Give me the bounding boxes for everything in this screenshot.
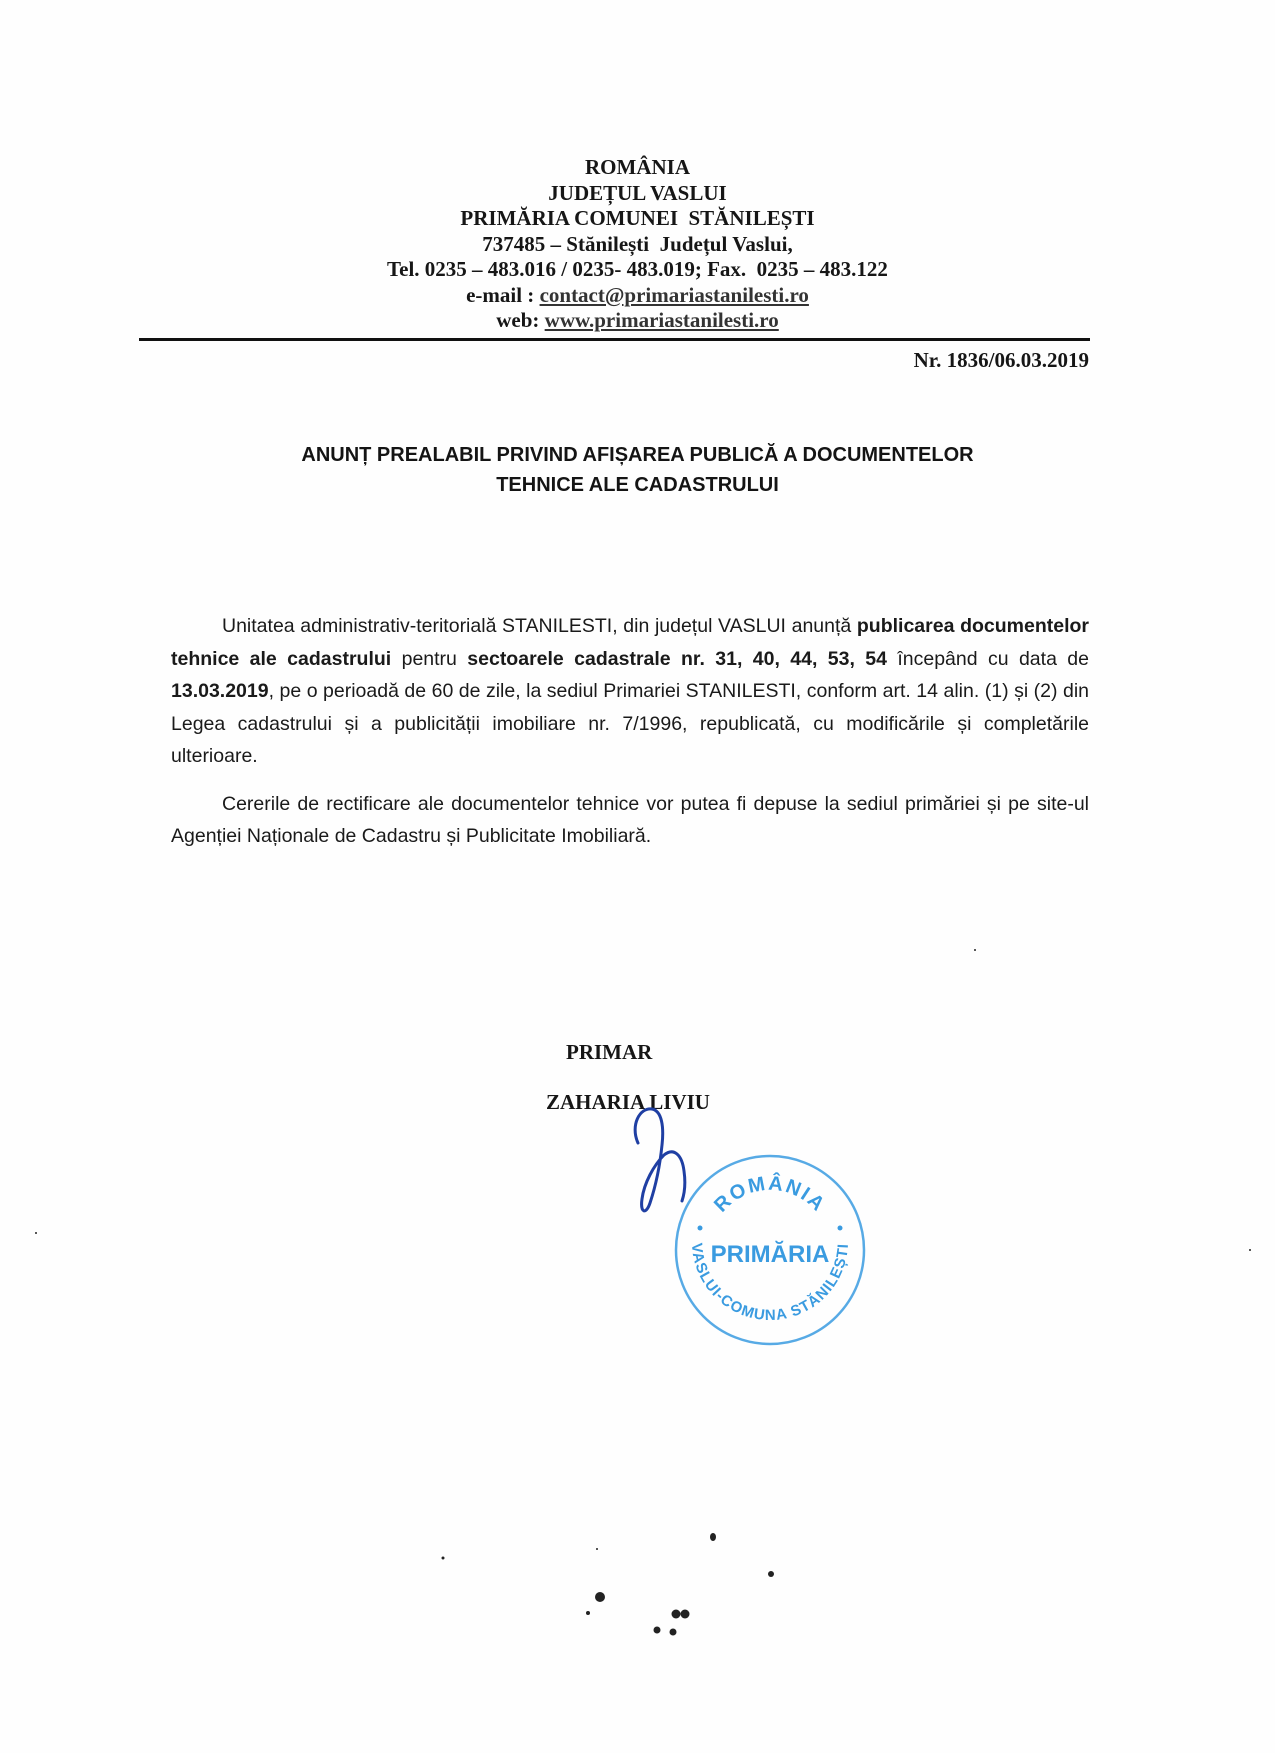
signatory-role: PRIMAR (566, 1040, 652, 1065)
letterhead-phones: Tel. 0235 – 483.016 / 0235- 483.019; Fax… (0, 257, 1275, 283)
letterhead-institution: PRIMĂRIA COMUNEI STĂNILEȘTI (0, 206, 1275, 232)
svg-text:ROMÂNIA: ROMÂNIA (710, 1171, 830, 1217)
letterhead-email-line: e-mail : contact@primariastanilesti.ro (0, 283, 1275, 309)
p1-text-3: începând cu data de (887, 648, 1089, 670)
p1-text-4: , pe o perioadă de 60 de zile, la sediul… (171, 680, 1089, 767)
svg-text:PRIMĂRIA: PRIMĂRIA (711, 1240, 830, 1268)
document-number: Nr. 1836/06.03.2019 (914, 348, 1089, 373)
letterhead-county: JUDEȚUL VASLUI (0, 181, 1275, 207)
letterhead: ROMÂNIA JUDEȚUL VASLUI PRIMĂRIA COMUNEI … (0, 155, 1275, 334)
letterhead-web-line: web: www.primariastanilesti.ro (0, 308, 1275, 334)
body-paragraph-2: Cererile de rectificare ale documentelor… (171, 788, 1089, 853)
web-link[interactable]: www.primariastanilesti.ro (545, 308, 779, 332)
header-divider (139, 338, 1090, 341)
p1-text-2: pentru (391, 648, 467, 670)
letterhead-address: 737485 – Stănilești Județul Vaslui, (0, 232, 1275, 258)
email-link[interactable]: contact@primariastanilesti.ro (540, 283, 809, 307)
p1-text-1: Unitatea administrativ-teritorială STANI… (222, 615, 857, 637)
web-label: web: (496, 308, 544, 332)
p1-bold-3: 13.03.2019 (171, 680, 269, 702)
title-line-1: ANUNȚ PREALABIL PRIVIND AFIȘAREA PUBLICĂ… (0, 440, 1275, 470)
title-line-2: TEHNICE ALE CADASTRULUI (0, 470, 1275, 500)
official-stamp-icon: ROMÂNIA PRIMĂRIA VASLUI-COMUNA STĂNILEȘT… (670, 1150, 870, 1350)
email-label: e-mail : (466, 283, 539, 307)
body-paragraph-1: Unitatea administrativ-teritorială STANI… (171, 610, 1089, 773)
letterhead-country: ROMÂNIA (0, 155, 1275, 181)
document-body: Unitatea administrativ-teritorială STANI… (171, 610, 1089, 868)
document-title: ANUNȚ PREALABIL PRIVIND AFIȘAREA PUBLICĂ… (0, 440, 1275, 500)
p1-bold-2: sectoarele cadastrale nr. 31, 40, 44, 53… (467, 648, 887, 670)
document-page: ROMÂNIA JUDEȚUL VASLUI PRIMĂRIA COMUNEI … (0, 0, 1275, 1753)
